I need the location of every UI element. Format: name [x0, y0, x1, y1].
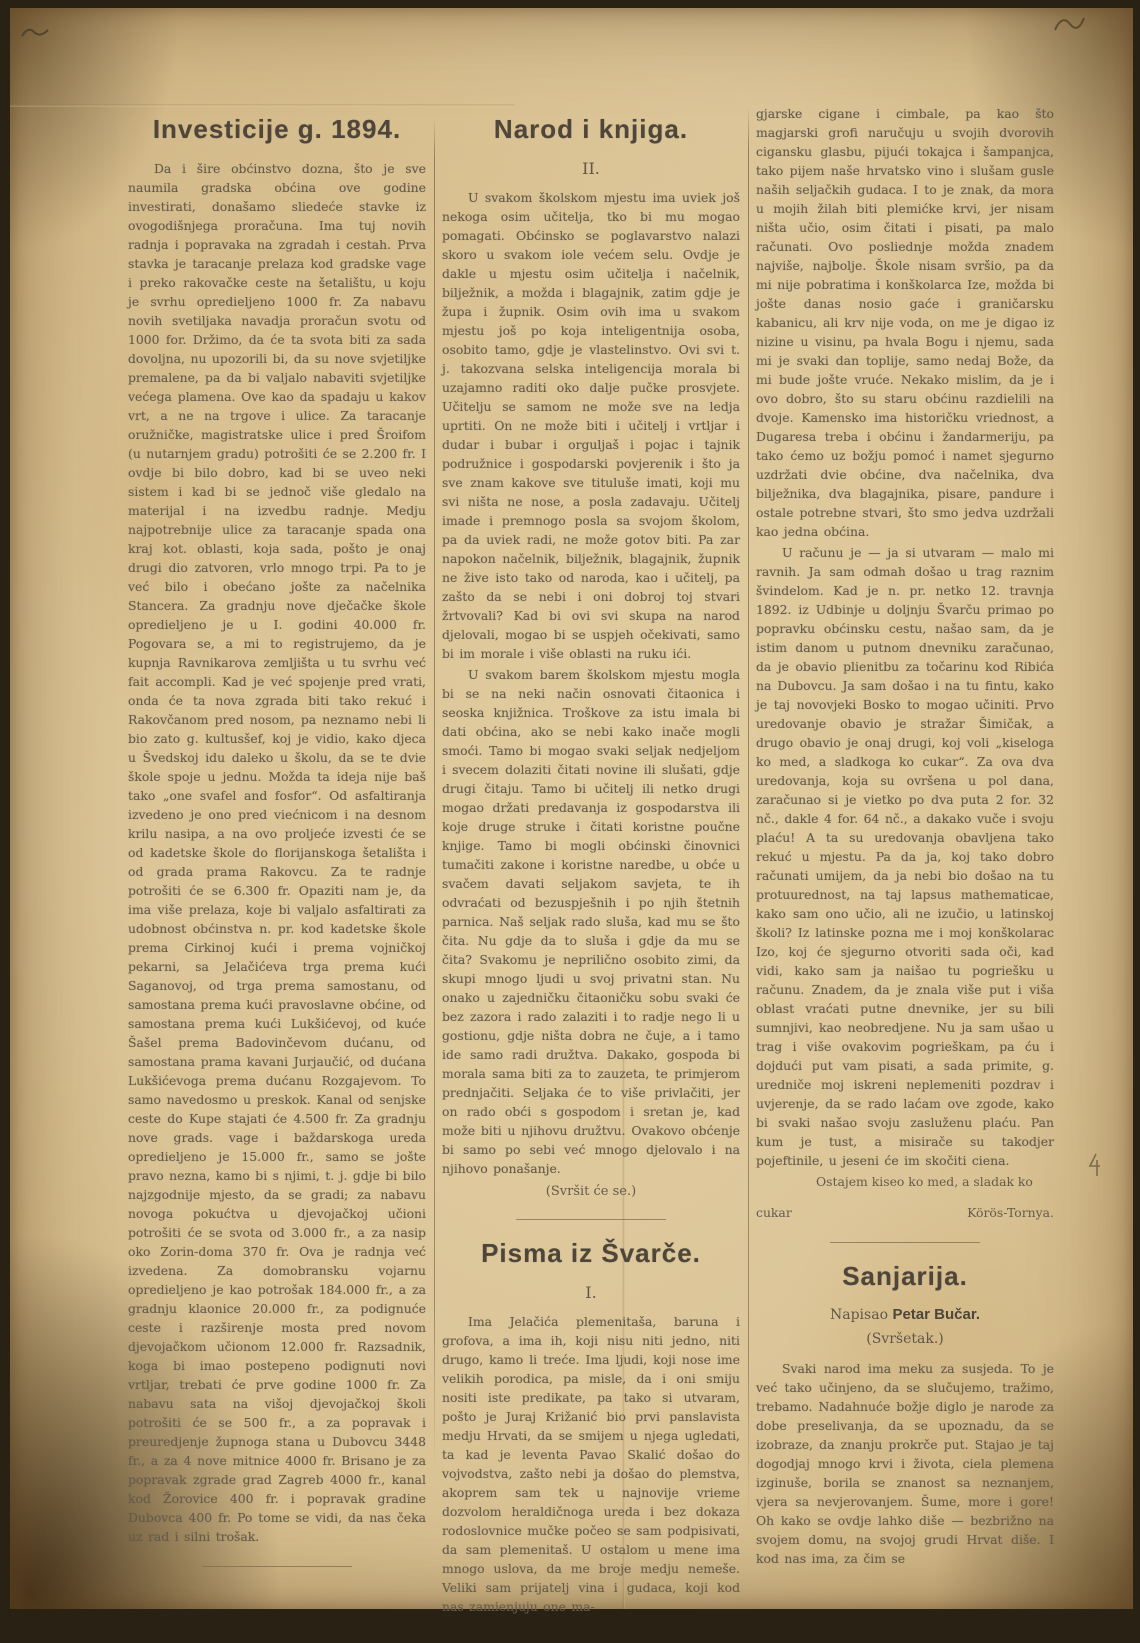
byline-prefix: Napisao: [830, 1307, 892, 1323]
page-columns: Investicije g. 1894. Da i šire obćinstvo…: [128, 104, 1068, 1618]
article-paragraph-continuation: gjarske cigane i cimbale, pa kao što mag…: [756, 104, 1054, 541]
article-paragraph: U svakom barem školskom mjestu mogla bi …: [442, 665, 740, 1178]
article-title-pisma-iz-svarce: Pisma iz Švarče.: [442, 1238, 740, 1269]
handwriting-mark-icon: [20, 22, 50, 44]
column-gap: [426, 104, 442, 1618]
article-subtitle: (Svršetak.): [756, 1331, 1054, 1347]
signoff-row: cukar Körös-Tornya.: [756, 1203, 1054, 1222]
column-right: gjarske cigane i cimbale, pa kao što mag…: [756, 104, 1054, 1618]
article-section-number: II.: [442, 159, 740, 178]
column-gap: [740, 104, 756, 1618]
signoff-word: cukar: [756, 1203, 792, 1222]
to-be-continued-note: (Svršit će se.): [442, 1184, 740, 1199]
signoff-line: Ostajem kiseo ko med, a sladak ko: [756, 1172, 1054, 1191]
scanned-newspaper-photo: Investicije g. 1894. Da i šire obćinstvo…: [0, 0, 1140, 1643]
article-sanjarija: Sanjarija. Napisao Petar Bučar. (Svršeta…: [756, 1261, 1054, 1568]
article-narod-i-knjiga: Narod i knjiga. II. U svakom školskom mj…: [442, 114, 740, 1199]
byline-author-name: Petar Bučar.: [892, 1306, 980, 1323]
article-section-number: I.: [442, 1283, 740, 1302]
column-rule: [748, 106, 749, 1526]
handwriting-mark-icon: [1052, 12, 1086, 38]
article-paragraph: Da i šire obćinstvo dozna, što je sve na…: [128, 159, 426, 1546]
handwriting-mark-icon: [1086, 1152, 1104, 1178]
article-title-sanjarija: Sanjarija.: [756, 1261, 1054, 1292]
signoff-author: Körös-Tornya.: [967, 1203, 1054, 1222]
article-paragraph: U računu je — ja si utvaram — malo mi ra…: [756, 543, 1054, 1170]
article-pisma-iz-svarce: Pisma iz Švarče. I. Ima Jelačića plemeni…: [442, 1238, 740, 1616]
column-left: Investicije g. 1894. Da i šire obćinstvo…: [128, 104, 426, 1618]
article-paragraph: Svaki narod ima meku za susjeda. To je v…: [756, 1359, 1054, 1568]
article-paragraph: Ima Jelačića plemenitaša, baruna i grofo…: [442, 1312, 740, 1616]
section-divider: [830, 1242, 980, 1243]
column-rule: [434, 118, 435, 1468]
article-pisma-continuation: gjarske cigane i cimbale, pa kao što mag…: [756, 104, 1054, 1222]
article-title-narod-i-knjiga: Narod i knjiga.: [442, 114, 740, 145]
article-title-investicije: Investicije g. 1894.: [128, 114, 426, 145]
article-byline: Napisao Petar Bučar.: [756, 1306, 1054, 1323]
column-middle: Narod i knjiga. II. U svakom školskom mj…: [442, 104, 740, 1618]
article-investicije: Investicije g. 1894. Da i šire obćinstvo…: [128, 114, 426, 1546]
article-paragraph: U svakom školskom mjestu ima uviek još n…: [442, 188, 740, 663]
section-divider: [202, 1566, 352, 1567]
section-divider: [516, 1219, 666, 1220]
